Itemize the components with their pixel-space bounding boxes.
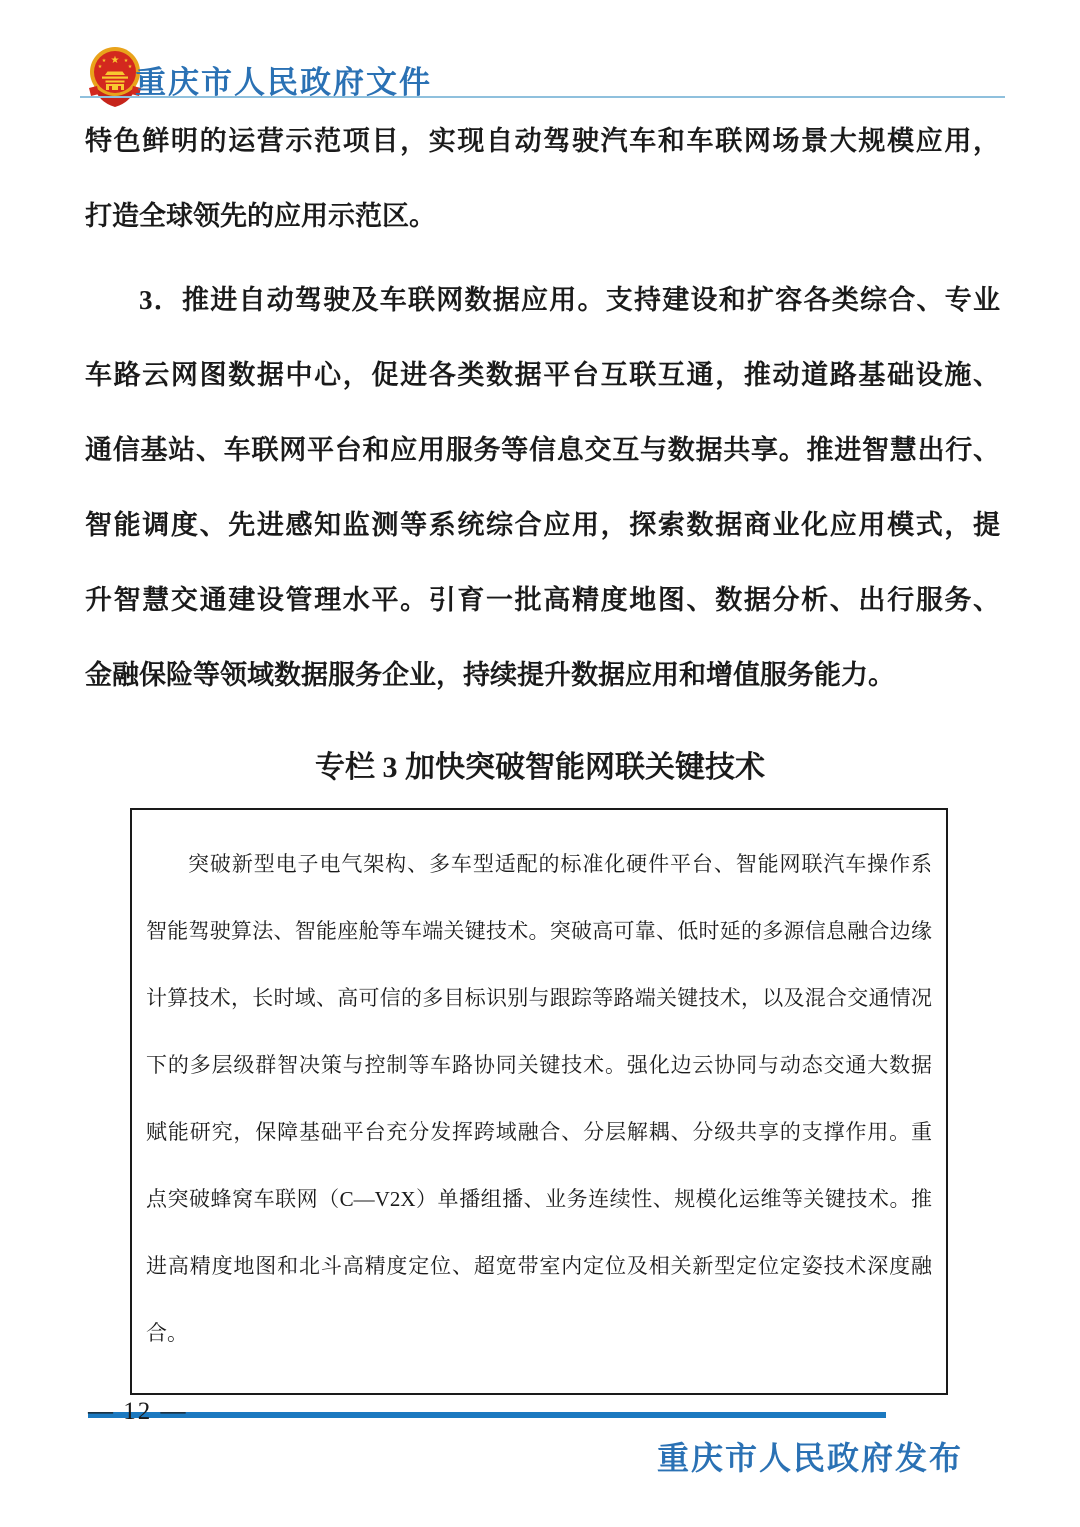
box-text-line: 进高精度地图和北斗高精度定位、超宽带室内定位及相关新型定位定姿技术深度融 bbox=[146, 1233, 932, 1300]
body-text-line: 特色鲜明的运营示范项目，实现自动驾驶汽车和车联网场景大规模应用， bbox=[85, 104, 1000, 179]
body-text-line: 金融保险等领域数据服务企业，持续提升数据应用和增值服务能力。 bbox=[85, 638, 1000, 713]
box-text-line: 下的多层级群智决策与控制等车路协同关键技术。强化边云协同与动态交通大数据 bbox=[146, 1032, 932, 1099]
box-text-line: 智能驾驶算法、智能座舱等车端关键技术。突破高可靠、低时延的多源信息融合边缘 bbox=[146, 898, 932, 965]
box-text-line: 计算技术，长时域、高可信的多目标识别与跟踪等路端关键技术，以及混合交通情况 bbox=[146, 965, 932, 1032]
svg-text:★: ★ bbox=[111, 55, 120, 66]
box-text-line: 突破新型电子电气架构、多车型适配的标准化硬件平台、智能网联汽车操作系统、 bbox=[146, 831, 932, 898]
header-divider-line bbox=[80, 96, 1005, 98]
national-emblem-icon: ★ ★ ★ ★ ★ bbox=[88, 46, 142, 108]
body-text-line: 打造全球领先的应用示范区。 bbox=[85, 179, 1000, 254]
footer-divider-line bbox=[88, 1412, 886, 1418]
paragraph-2: 3．推进自动驾驶及车联网数据应用。支持建设和扩容各类综合、专业 车路云网图数据中… bbox=[85, 263, 1000, 713]
body-text-line: 3．推进自动驾驶及车联网数据应用。支持建设和扩容各类综合、专业 bbox=[85, 263, 1000, 338]
paragraph-1: 特色鲜明的运营示范项目，实现自动驾驶汽车和车联网场景大规模应用， 打造全球领先的… bbox=[85, 104, 1000, 254]
column-3-box: 突破新型电子电气架构、多车型适配的标准化硬件平台、智能网联汽车操作系统、 智能驾… bbox=[130, 808, 948, 1395]
box-text-line: 合。 bbox=[146, 1300, 932, 1367]
page-number: — 12 — bbox=[88, 1398, 188, 1426]
box-text-line: 点突破蜂窝车联网（C—V2X）单播组播、业务连续性、规模化运维等关键技术。推 bbox=[146, 1166, 932, 1233]
svg-text:★: ★ bbox=[124, 58, 129, 64]
svg-text:★: ★ bbox=[98, 64, 103, 70]
body-text-line: 智能调度、先进感知监测等系统综合应用，探索数据商业化应用模式，提 bbox=[85, 488, 1000, 563]
body-text-line: 升智慧交通建设管理水平。引育一批高精度地图、数据分析、出行服务、 bbox=[85, 563, 1000, 638]
svg-text:★: ★ bbox=[128, 64, 133, 70]
body-text-line: 车路云网图数据中心，促进各类数据平台互联互通，推动道路基础设施、 bbox=[85, 338, 1000, 413]
svg-text:★: ★ bbox=[102, 58, 107, 64]
column-3-heading: 专栏 3 加快突破智能网联关键技术 bbox=[0, 742, 1080, 786]
publisher-label: 重庆市人民政府发布 bbox=[657, 1433, 963, 1479]
box-text-line: 赋能研究，保障基础平台充分发挥跨域融合、分层解耦、分级共享的支撑作用。重 bbox=[146, 1099, 932, 1166]
body-text-line: 通信基站、车联网平台和应用服务等信息交互与数据共享。推进智慧出行、 bbox=[85, 413, 1000, 488]
